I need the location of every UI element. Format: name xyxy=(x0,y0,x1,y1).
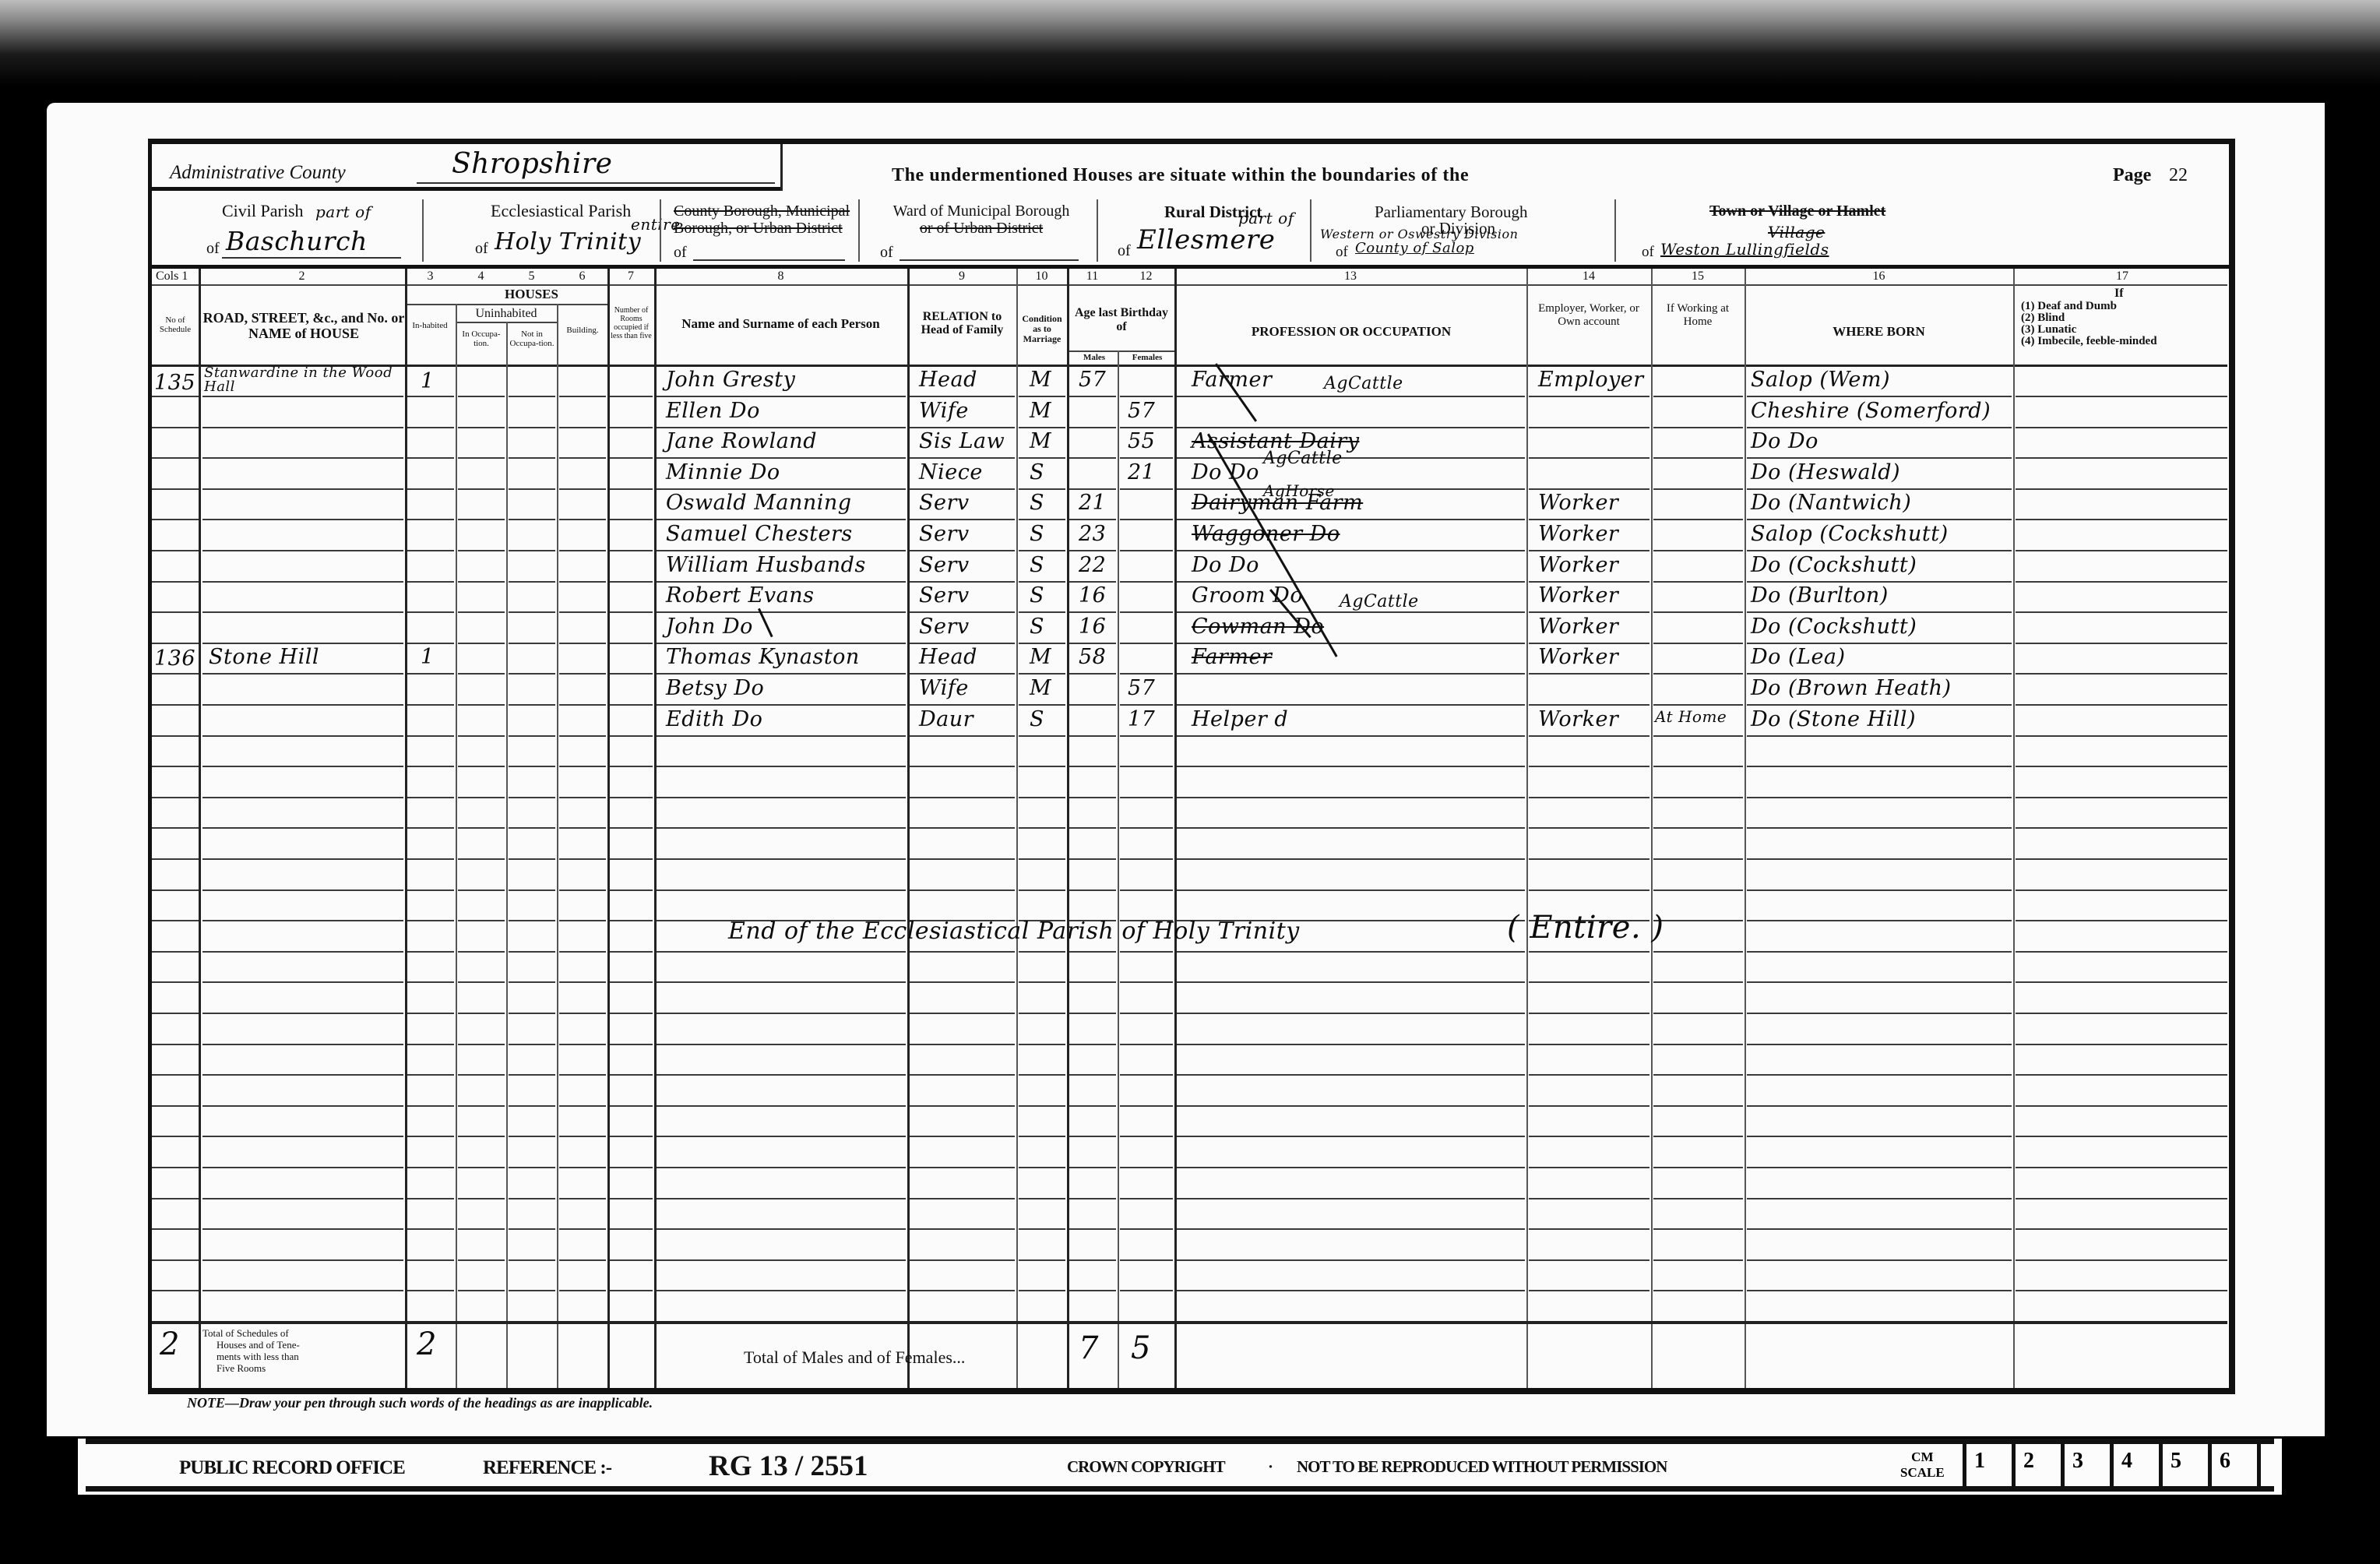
row-rule xyxy=(152,704,199,706)
row-rule xyxy=(2016,1167,2227,1168)
row-rule xyxy=(1019,858,1065,860)
infirmity-deaf-dumb: (1) Deaf and Dumb xyxy=(2021,301,2157,312)
eccl-parish-note: entire xyxy=(631,215,681,234)
row-rule xyxy=(202,704,403,706)
civil-parish-label: Civil Parish xyxy=(222,201,304,221)
parl-borough-value-2: County of Salop xyxy=(1355,240,1474,256)
permission-label: NOT TO BE REPRODUCED WITHOUT PERMISSION xyxy=(1297,1457,1667,1477)
row-rule xyxy=(1019,1167,1065,1168)
person-employment: Worker xyxy=(1538,615,1618,639)
row-rule xyxy=(559,797,606,798)
row-rule xyxy=(610,951,653,953)
row-rule xyxy=(152,1013,199,1014)
row-rule xyxy=(407,396,454,397)
row-rule xyxy=(657,488,906,490)
row-rule xyxy=(152,858,199,860)
row-rule xyxy=(407,704,454,706)
row-rule xyxy=(458,457,505,459)
admin-county-line xyxy=(417,182,775,184)
row-rule xyxy=(1019,1044,1065,1045)
row-rule xyxy=(1747,643,2012,644)
row-rule xyxy=(1019,581,1065,583)
row-rule xyxy=(458,1136,505,1137)
row-rule xyxy=(559,611,606,613)
row-rule xyxy=(1069,766,1116,767)
row-rule xyxy=(610,1167,653,1168)
row-rule xyxy=(407,1259,454,1261)
row-rule xyxy=(657,427,906,428)
row-rule xyxy=(407,797,454,798)
total-label-line-3: ments with less than xyxy=(202,1351,300,1362)
row-rule xyxy=(458,427,505,428)
row-rule xyxy=(202,1044,403,1045)
row-rule xyxy=(202,673,403,675)
person-age-male: 58 xyxy=(1079,645,1106,669)
civil-parish-note: part of xyxy=(315,203,371,221)
person-name: Thomas Kynaston xyxy=(666,645,860,669)
row-rule xyxy=(407,858,454,860)
row-rule xyxy=(910,889,1015,891)
row-rule xyxy=(1747,1105,2012,1107)
row-rule xyxy=(657,519,906,520)
row-rule xyxy=(610,889,653,891)
total-schedules-label: Total of Schedules of Houses and of Tene… xyxy=(202,1327,300,1374)
row-rule xyxy=(2016,488,2227,490)
row-rule xyxy=(1529,827,1649,829)
town-label: Town or Village or Hamlet xyxy=(1709,203,1885,220)
person-birthplace: Do (Nantwich) xyxy=(1751,491,1911,515)
row-rule xyxy=(202,1198,403,1199)
divider xyxy=(1097,199,1098,262)
row-rule xyxy=(407,550,454,551)
row-rule xyxy=(1019,1259,1065,1261)
county-borough-of: of xyxy=(674,244,687,262)
row-rule xyxy=(610,1290,653,1291)
row-rule xyxy=(458,643,505,644)
row-rule xyxy=(657,1228,906,1230)
row-rule xyxy=(1653,1013,1743,1014)
person-birthplace: Do (Lea) xyxy=(1751,645,1846,669)
person-age-male: 57 xyxy=(1079,368,1106,392)
col-num-14: 14 xyxy=(1526,269,1651,284)
col-heading-occupation: PROFESSION OR OCCUPATION xyxy=(1176,324,1526,340)
row-rule xyxy=(2016,951,2227,953)
row-rule xyxy=(407,1074,454,1076)
row-rule xyxy=(559,1105,606,1107)
end-of-parish-note: End of the Ecclesiastical Parish of Holy… xyxy=(728,918,1300,945)
row-rule xyxy=(610,673,653,675)
row-rule xyxy=(610,735,653,737)
row-rule xyxy=(657,1259,906,1261)
row-rule xyxy=(458,550,505,551)
row-rule xyxy=(910,735,1015,737)
row-rule xyxy=(1653,1198,1743,1199)
frame-top xyxy=(148,139,2235,144)
row-rule xyxy=(202,735,403,737)
person-birthplace: Do Do xyxy=(1751,429,1818,453)
person-condition: M xyxy=(1030,676,1051,700)
row-rule xyxy=(1069,581,1116,583)
row-rule xyxy=(657,981,906,983)
row-rule xyxy=(1120,488,1173,490)
scale-cell-4: 4 xyxy=(2110,1444,2154,1488)
colnum-underline xyxy=(152,284,2227,286)
col-num-13: 13 xyxy=(1174,269,1526,284)
row-rule xyxy=(1529,889,1649,891)
row-rule xyxy=(202,519,403,520)
row-rule xyxy=(2016,519,2227,520)
row-rule xyxy=(1747,889,2012,891)
row-rule xyxy=(2016,427,2227,428)
row-rule xyxy=(1069,1136,1116,1137)
row-rule xyxy=(202,1228,403,1230)
row-rule xyxy=(1019,396,1065,397)
row-rule xyxy=(2016,550,2227,551)
col-line-5 xyxy=(557,304,558,1388)
row-rule xyxy=(1177,673,1525,675)
person-birthplace: Salop (Wem) xyxy=(1751,368,1890,392)
row-rule xyxy=(1747,1259,2012,1261)
scale-cell-5: 5 xyxy=(2159,1444,2203,1488)
row-rule xyxy=(1120,611,1173,613)
row-rule xyxy=(1120,1044,1173,1045)
row-rule xyxy=(1747,1136,2012,1137)
infirmity-blind: (2) Blind xyxy=(2021,312,2157,324)
person-birthplace: Do (Stone Hill) xyxy=(1751,707,1916,731)
row-rule xyxy=(1653,858,1743,860)
row-rule xyxy=(2016,827,2227,829)
row-rule xyxy=(559,550,606,551)
row-rule xyxy=(1529,1044,1649,1045)
total-schedules: 2 xyxy=(160,1326,180,1362)
row-rule xyxy=(610,581,653,583)
row-rule xyxy=(1019,1228,1065,1230)
admin-county-divider xyxy=(780,144,783,191)
row-rule xyxy=(509,1074,555,1076)
col-heading-infirmity-list: (1) Deaf and Dumb (2) Blind (3) Lunatic … xyxy=(2021,301,2157,347)
row-rule xyxy=(910,1259,1015,1261)
row-rule xyxy=(152,550,199,551)
row-rule xyxy=(202,766,403,767)
col-heading-in-occupation: In Occupa-tion. xyxy=(457,329,505,348)
row-rule xyxy=(1529,981,1649,983)
row-rule xyxy=(407,951,454,953)
admin-county-label: Administrative County xyxy=(170,162,346,184)
row-rule xyxy=(910,981,1015,983)
row-rule xyxy=(1747,920,2012,921)
row-rule xyxy=(1747,1044,2012,1045)
row-rule xyxy=(152,488,199,490)
row-rule xyxy=(1653,673,1743,675)
county-borough-label-2: Borough, or Urban District xyxy=(674,220,843,237)
row-rule xyxy=(610,766,653,767)
row-rule xyxy=(458,1198,505,1199)
row-rule xyxy=(509,396,555,397)
col-num-3: 3 xyxy=(405,269,456,284)
row-rule xyxy=(559,704,606,706)
row-rule xyxy=(559,1136,606,1137)
col-line-3 xyxy=(456,304,457,1388)
row-rule xyxy=(509,1044,555,1045)
ward-label-2: or of Urban District xyxy=(920,220,1043,237)
row-rule xyxy=(1019,797,1065,798)
scale-cell-1: 1 xyxy=(1963,1444,2007,1488)
person-relation: Niece xyxy=(919,460,983,484)
row-rule xyxy=(407,981,454,983)
row-rule xyxy=(2016,1228,2227,1230)
ward-of: of xyxy=(880,244,893,262)
row-rule xyxy=(407,673,454,675)
row-rule xyxy=(910,951,1015,953)
person-name: William Husbands xyxy=(666,553,866,577)
row-rule xyxy=(1747,827,2012,829)
row-rule xyxy=(1069,1013,1116,1014)
row-rule xyxy=(1019,827,1065,829)
row-rule xyxy=(1653,1259,1743,1261)
page-number: 22 xyxy=(2169,165,2188,186)
row-rule xyxy=(559,519,606,520)
row-rule xyxy=(610,1136,653,1137)
col-num-12: 12 xyxy=(1118,269,1174,284)
row-rule xyxy=(1177,427,1525,428)
infirmity-lunatic: (3) Lunatic xyxy=(2021,324,2157,336)
row-rule xyxy=(1019,673,1065,675)
row-rule xyxy=(910,673,1015,675)
scale-label: SCALE xyxy=(1900,1465,1945,1481)
row-rule xyxy=(1019,488,1065,490)
col-heading-females: Females xyxy=(1121,353,1173,362)
person-relation: Daur xyxy=(919,707,973,731)
row-rule xyxy=(458,766,505,767)
row-rule xyxy=(1529,1105,1649,1107)
row-rule xyxy=(458,920,505,921)
row-rule xyxy=(407,1290,454,1291)
row-rule xyxy=(1529,797,1649,798)
person-name: Minnie Do xyxy=(666,460,780,484)
col-heading-condition: Condition as to Marriage xyxy=(1019,314,1065,344)
row-rule xyxy=(559,488,606,490)
person-relation: Sis Law xyxy=(919,429,1005,453)
row-rule xyxy=(559,1167,606,1168)
row-rule xyxy=(152,735,199,737)
row-rule xyxy=(152,1167,199,1168)
person-at-home: At Home xyxy=(1655,707,1727,726)
row-rule xyxy=(458,735,505,737)
row-rule xyxy=(1120,457,1173,459)
row-rule xyxy=(509,827,555,829)
row-rule xyxy=(1747,488,2012,490)
schedule-135: 135 xyxy=(154,371,195,395)
person-relation: Serv xyxy=(919,553,970,577)
eccl-parish-of: of xyxy=(475,240,488,258)
person-age-female: 21 xyxy=(1128,460,1155,484)
col-num-5: 5 xyxy=(506,269,557,284)
houses-underline xyxy=(407,304,607,305)
scanner-edge-shadow xyxy=(0,0,2380,109)
row-rule xyxy=(1177,1167,1525,1168)
row-rule xyxy=(1019,1198,1065,1199)
row-rule xyxy=(1177,981,1525,983)
row-rule xyxy=(202,396,403,397)
infirmity-imbecile: (4) Imbecile, feeble-minded xyxy=(2021,336,2157,347)
row-rule xyxy=(458,1105,505,1107)
ward-label: Ward of Municipal Borough or of Urban Di… xyxy=(872,203,1090,237)
row-rule xyxy=(559,735,606,737)
row-rule xyxy=(610,550,653,551)
row-rule xyxy=(559,457,606,459)
row-rule xyxy=(1653,889,1743,891)
col-heading-houses: HOUSES xyxy=(456,287,607,302)
col-heading-employment: Employer, Worker, or Own account xyxy=(1530,302,1647,329)
row-rule xyxy=(1069,889,1116,891)
row-rule xyxy=(1653,519,1743,520)
row-rule xyxy=(559,1013,606,1014)
row-rule xyxy=(1653,1105,1743,1107)
row-rule xyxy=(1177,1259,1525,1261)
person-condition: S xyxy=(1030,491,1044,515)
row-rule xyxy=(657,611,906,613)
person-age-female: 55 xyxy=(1128,429,1155,453)
row-rule xyxy=(509,1290,555,1291)
row-rule xyxy=(1747,981,2012,983)
row-rule xyxy=(610,1259,653,1261)
row-rule xyxy=(1069,1259,1116,1261)
row-rule xyxy=(458,827,505,829)
row-rule xyxy=(559,1290,606,1291)
row-rule xyxy=(657,1198,906,1199)
row-rule xyxy=(910,704,1015,706)
row-rule xyxy=(1120,1136,1173,1137)
row-rule xyxy=(407,488,454,490)
row-rule xyxy=(202,981,403,983)
annotation-ag-cattle-1: AgCattle xyxy=(1324,374,1403,393)
person-occupation: Farmer xyxy=(1192,645,1272,669)
row-rule xyxy=(2016,457,2227,459)
row-rule xyxy=(1747,673,2012,675)
row-rule xyxy=(202,797,403,798)
row-rule xyxy=(1069,611,1116,613)
col-heading-age: Age last Birthday of xyxy=(1071,306,1172,334)
total-males-females-label: Total of Males and of Females... xyxy=(744,1347,965,1368)
person-condition: M xyxy=(1030,429,1051,453)
row-rule xyxy=(657,951,906,953)
row-rule xyxy=(1653,611,1743,613)
row-rule xyxy=(509,1228,555,1230)
row-rule xyxy=(1747,1290,2012,1291)
row-rule xyxy=(559,858,606,860)
row-rule xyxy=(1177,457,1525,459)
row-rule xyxy=(1177,797,1525,798)
row-rule xyxy=(407,735,454,737)
person-condition: M xyxy=(1030,399,1051,423)
row-rule xyxy=(657,735,906,737)
col-heading-schedule: No of Schedule xyxy=(152,315,199,334)
row-rule xyxy=(509,704,555,706)
reference-number: RG 13 / 2551 xyxy=(709,1450,868,1483)
row-rule xyxy=(1069,1105,1116,1107)
row-rule xyxy=(910,427,1015,428)
row-rule xyxy=(2016,889,2227,891)
row-rule xyxy=(509,766,555,767)
row-rule xyxy=(610,611,653,613)
row-rule xyxy=(1529,1013,1649,1014)
row-rule xyxy=(610,1198,653,1199)
row-rule xyxy=(1120,889,1173,891)
row-rule xyxy=(1653,1228,1743,1230)
row-rule xyxy=(1069,951,1116,953)
row-rule xyxy=(202,951,403,953)
col-line-14 xyxy=(1651,269,1653,1388)
person-relation: Serv xyxy=(919,491,970,515)
person-name: Robert Evans xyxy=(666,583,815,608)
divider xyxy=(1614,199,1616,262)
row-rule xyxy=(910,1013,1015,1014)
person-relation: Serv xyxy=(919,615,970,639)
civil-parish-of: of xyxy=(206,240,220,258)
row-rule xyxy=(202,1136,403,1137)
row-rule xyxy=(910,643,1015,644)
person-birthplace: Cheshire (Somerford) xyxy=(1751,399,1991,423)
row-rule xyxy=(657,797,906,798)
row-rule xyxy=(1177,1105,1525,1107)
row-rule xyxy=(1120,519,1173,520)
row-rule xyxy=(1653,457,1743,459)
cm-label: CM xyxy=(1900,1450,1945,1465)
row-rule xyxy=(202,1105,403,1107)
row-rule xyxy=(458,1074,505,1076)
row-rule xyxy=(407,643,454,644)
row-rule xyxy=(1747,1167,2012,1168)
row-rule xyxy=(407,827,454,829)
row-rule xyxy=(2016,673,2227,675)
row-rule xyxy=(1019,427,1065,428)
civil-parish-line xyxy=(222,257,401,259)
row-rule xyxy=(1177,519,1525,520)
person-name: John Gresty xyxy=(666,368,795,392)
row-rule xyxy=(1529,519,1649,520)
person-birthplace: Salop (Cockshutt) xyxy=(1751,522,1949,546)
row-rule xyxy=(458,1044,505,1045)
row-rule xyxy=(1019,735,1065,737)
row-rule xyxy=(1120,1105,1173,1107)
row-rule xyxy=(1653,981,1743,983)
col-heading-infirmity-if: If xyxy=(2114,287,2124,301)
row-rule xyxy=(1529,1259,1649,1261)
row-rule xyxy=(2016,735,2227,737)
row-rule xyxy=(407,1013,454,1014)
row-rule xyxy=(910,611,1015,613)
row-rule xyxy=(152,827,199,829)
row-rule xyxy=(1653,1290,1743,1291)
total-label-line-1: Total of Schedules of xyxy=(202,1327,300,1339)
row-rule xyxy=(1019,643,1065,644)
row-rule xyxy=(458,581,505,583)
annotation-ag-cattle-2: AgCattle xyxy=(1263,449,1343,468)
row-rule xyxy=(1653,396,1743,397)
row-rule xyxy=(1529,611,1649,613)
row-rule xyxy=(910,797,1015,798)
row-rule xyxy=(1177,704,1525,706)
person-relation: Head xyxy=(919,368,977,392)
row-rule xyxy=(910,1105,1015,1107)
row-rule xyxy=(1747,704,2012,706)
col-num-2: 2 xyxy=(199,269,405,284)
admin-county-value: Shropshire xyxy=(452,148,612,180)
row-rule xyxy=(657,581,906,583)
total-males: 7 xyxy=(1079,1330,1099,1366)
census-form: Administrative County Shropshire The und… xyxy=(148,139,2235,1394)
row-rule xyxy=(1069,457,1116,459)
